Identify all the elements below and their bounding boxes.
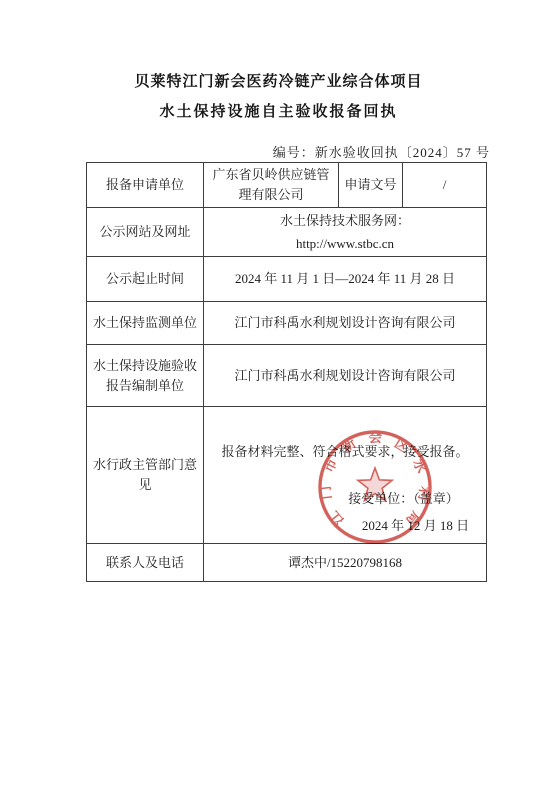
accepting-unit-line: 接受单位：（盖章）: [321, 490, 486, 508]
table-row-monitor-unit: 水土保持监测单位 江门市科禹水利规划设计咨询有限公司: [87, 302, 487, 345]
doc-number: 编号：新水验收回执〔2024〕57 号: [273, 142, 490, 161]
website-label: 公示网站及网址: [87, 208, 204, 257]
applicant-value: 广东省贝岭供应链管 理有限公司: [204, 163, 339, 208]
document-title-line2: 水土保持设施自主验收报备回执: [0, 100, 557, 121]
website-name: 水土保持技术服务网：: [204, 209, 486, 232]
contact-label: 联系人及电话: [87, 544, 204, 582]
table-row-report-unit: 水土保持设施验收 报告编制单位 江门市科禹水利规划设计咨询有限公司: [87, 345, 487, 407]
applicant-value-line2: 理有限公司: [204, 185, 338, 205]
table-row-public-period: 公示起止时间 2024 年 11 月 1 日—2024 年 11 月 28 日: [87, 257, 487, 302]
authority-opinion-label: 水行政主管部门意 见: [87, 407, 204, 544]
table-row-applicant: 报备申请单位 广东省贝岭供应链管 理有限公司 申请文号 /: [87, 163, 487, 208]
doc-ref-label: 申请文号: [339, 163, 403, 208]
authority-opinion-value: 报备材料完整、符合格式要求，接受报备。 接受单位：（盖章） 2024 年 12 …: [204, 407, 487, 544]
opinion-text: 报备材料完整、符合格式要求，接受报备。: [204, 442, 486, 461]
website-value: 水土保持技术服务网： http://www.stbc.cn: [204, 208, 487, 257]
report-unit-label: 水土保持设施验收 报告编制单位: [87, 345, 204, 407]
website-url: http://www.stbc.cn: [204, 232, 486, 255]
table-row-authority-opinion: 水行政主管部门意 见 报备材料完整、符合格式要求，接受报备。 接受单位：（盖章）…: [87, 407, 487, 544]
report-unit-label-line2: 报告编制单位: [87, 376, 203, 396]
table-row-website: 公示网站及网址 水土保持技术服务网： http://www.stbc.cn: [87, 208, 487, 257]
applicant-label: 报备申请单位: [87, 163, 204, 208]
applicant-value-line1: 广东省贝岭供应链管: [204, 165, 338, 185]
authority-opinion-label-line2: 见: [87, 475, 203, 495]
monitor-unit-value: 江门市科禹水利规划设计咨询有限公司: [204, 302, 487, 345]
monitor-unit-label: 水土保持监测单位: [87, 302, 204, 345]
receipt-table: 报备申请单位 广东省贝岭供应链管 理有限公司 申请文号 / 公示网站及网址 水土…: [86, 162, 487, 582]
acceptance-date: 2024 年 12 月 18 日: [345, 517, 486, 535]
report-unit-label-line1: 水土保持设施验收: [87, 356, 203, 376]
public-period-value: 2024 年 11 月 1 日—2024 年 11 月 28 日: [204, 257, 487, 302]
document-page: 贝莱特江门新会医药冷链产业综合体项目 水土保持设施自主验收报备回执 编号：新水验…: [0, 0, 557, 788]
public-period-label: 公示起止时间: [87, 257, 204, 302]
table-row-contact: 联系人及电话 谭杰中/15220798168: [87, 544, 487, 582]
report-unit-value: 江门市科禹水利规划设计咨询有限公司: [204, 345, 487, 407]
document-title-line1: 贝莱特江门新会医药冷链产业综合体项目: [0, 70, 557, 91]
authority-opinion-label-line1: 水行政主管部门意: [87, 455, 203, 475]
contact-value: 谭杰中/15220798168: [204, 544, 487, 582]
doc-ref-value: /: [403, 163, 487, 208]
